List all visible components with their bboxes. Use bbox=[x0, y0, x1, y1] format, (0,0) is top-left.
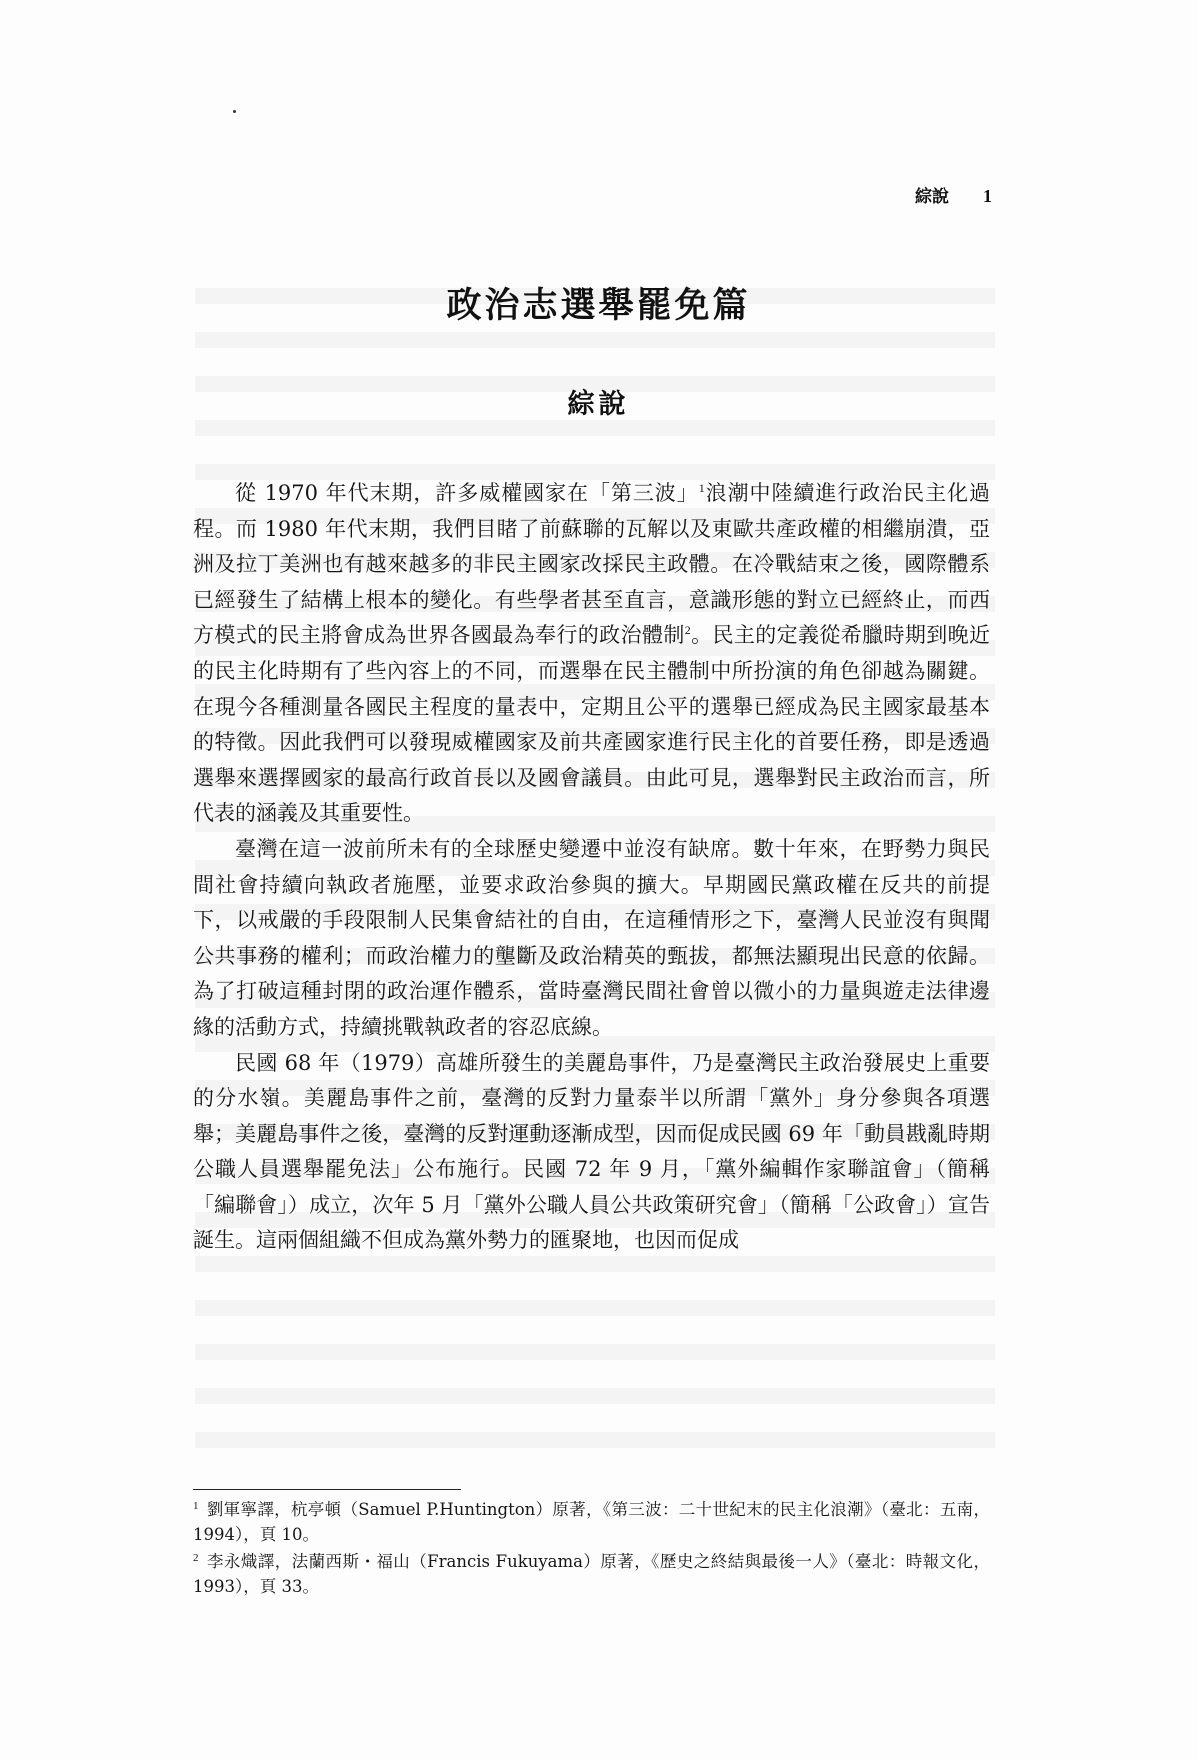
scan-speck bbox=[233, 110, 236, 113]
paragraph-3: 民國 68 年（1979）高雄所發生的美麗島事件，乃是臺灣民主政治發展史上重要的… bbox=[193, 1046, 990, 1260]
running-header-section: 綜說 bbox=[915, 182, 949, 207]
footnote-text: 劉軍寧譯，杭亭頓（Samuel P.Huntington）原著，《第三波：二十世… bbox=[193, 1500, 990, 1544]
section-subtitle: 綜說 bbox=[0, 382, 1197, 421]
paragraph-1: 從 1970 年代末期，許多威權國家在「第三波」1浪潮中陸續進行政治民主化過程。… bbox=[193, 476, 990, 832]
footnote-marker: 1 bbox=[193, 1500, 199, 1512]
body-text: 從 1970 年代末期，許多威權國家在「第三波」1浪潮中陸續進行政治民主化過程。… bbox=[193, 476, 990, 1259]
footnote-1: 1劉軍寧譯，杭亭頓（Samuel P.Huntington）原著，《第三波：二十… bbox=[193, 1497, 990, 1547]
text-run: 民國 68 年（1979）高雄所發生的美麗島事件，乃是臺灣民主政治發展史上重要的… bbox=[193, 1051, 990, 1253]
text-run: 從 1970 年代末期，許多威權國家在「第三波」 bbox=[235, 481, 699, 505]
text-run: 臺灣在這一波前所未有的全球歷史變遷中並沒有缺席。數十年來，在野勢力與民間社會持續… bbox=[193, 837, 990, 1039]
page-number: 1 bbox=[983, 186, 992, 207]
page-title: 政治志選舉罷免篇 bbox=[0, 278, 1197, 328]
footnote-divider bbox=[193, 1489, 461, 1490]
document-page: 綜說 1 政治志選舉罷免篇 綜說 從 1970 年代末期，許多威權國家在「第三波… bbox=[0, 0, 1197, 1760]
running-header: 綜說 1 bbox=[915, 182, 992, 207]
paragraph-2: 臺灣在這一波前所未有的全球歷史變遷中並沒有缺席。數十年來，在野勢力與民間社會持續… bbox=[193, 832, 990, 1046]
footnote-text: 李永熾譯，法蘭西斯・福山（Francis Fukuyama）原著，《歷史之終結與… bbox=[193, 1552, 990, 1596]
text-run: 。民主的定義從希臘時期到晚近的民主化時期有了些內容上的不同，而選舉在民主體制中所… bbox=[193, 623, 990, 825]
footnote-marker: 2 bbox=[193, 1552, 199, 1564]
footnotes: 1劉軍寧譯，杭亭頓（Samuel P.Huntington）原著，《第三波：二十… bbox=[193, 1497, 990, 1601]
footnote-2: 2李永熾譯，法蘭西斯・福山（Francis Fukuyama）原著，《歷史之終結… bbox=[193, 1549, 990, 1599]
